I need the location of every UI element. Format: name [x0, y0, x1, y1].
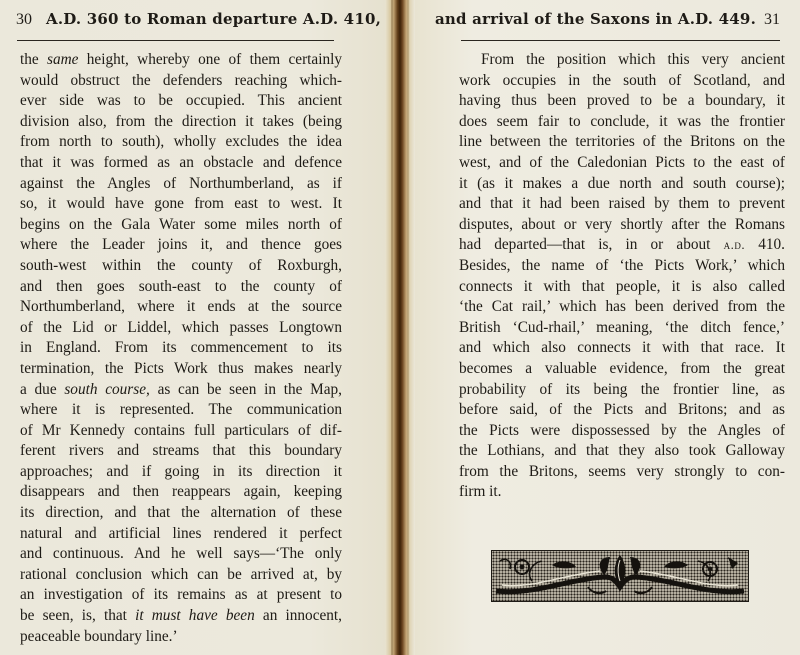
text-line: and that it had been raised by them to p… [459, 194, 785, 215]
text-line: ever side was to be occupied. This ancie… [20, 91, 342, 112]
text-segment: height, whereby one of them certainly [78, 51, 342, 68]
text-line: Northumberland, where it ends at the sou… [20, 297, 342, 318]
text-segment: from north to south), wholly excludes th… [20, 133, 342, 150]
text-line: of the Lid or Liddel, which passes Longt… [20, 318, 342, 339]
text-line: connects it with that people, it is also… [459, 277, 785, 298]
text-segment: Besides, the name of ‘the Picts Work,’ w… [459, 257, 785, 274]
text-segment: having thus been proved to be a boundary… [459, 92, 785, 109]
text-segment: an investigation of its remains as at pr… [20, 586, 342, 603]
text-line: that it was formed as an obstacle and de… [20, 153, 342, 174]
text-line: it (as it makes a due north and south co… [459, 174, 785, 195]
text-segment: would obstruct the defenders reaching wh… [20, 72, 342, 89]
text-segment: Northumberland, where it ends at the sou… [20, 298, 342, 315]
text-line: ferent rivers and streams that this boun… [20, 441, 342, 462]
text-segment: and continuous. And he well says—‘The on… [20, 545, 342, 562]
text-line: Besides, the name of ‘the Picts Work,’ w… [459, 256, 785, 277]
text-line: a due south course, as can be seen in th… [20, 380, 342, 401]
text-line: had departed—that is, in or about a.d. 4… [459, 235, 785, 256]
text-segment: ever side was to be occupied. This ancie… [20, 92, 342, 109]
text-segment: connects it with that people, it is also… [459, 278, 785, 295]
page-number: 31 [764, 11, 780, 29]
text-segment: so, it would have gone from east to west… [20, 195, 342, 212]
text-line: rational conclusion which can be arrived… [20, 565, 342, 586]
text-segment: disappears and then reappears again, kee… [20, 483, 342, 500]
text-segment: an innocent, [255, 607, 342, 624]
text-segment: it (as it makes a due north and south co… [459, 175, 785, 192]
text-line: termination, the Picts Work thus makes n… [20, 359, 342, 380]
text-line: work occupies in the south of Scotland, … [459, 71, 785, 92]
text-line: from the Britons, seems very strongly to… [459, 462, 785, 483]
text-segment: ferent rivers and streams that this boun… [20, 442, 342, 459]
left-page: 30 A.D. 360 to Roman departure A.D. 410,… [0, 0, 385, 655]
text-line: the same height, whereby one of them cer… [20, 50, 342, 71]
italic-text: south course, [64, 381, 150, 398]
running-head-title: and arrival of the Saxons in A.D. 449. [435, 10, 756, 28]
text-segment: the [20, 51, 47, 68]
running-head-title: A.D. 360 to Roman departure A.D. 410, [46, 10, 381, 28]
text-segment: termination, the Picts Work thus makes n… [20, 360, 342, 377]
text-segment: in England. From its commencement to its [20, 339, 342, 356]
text-line: so, it would have gone from east to west… [20, 194, 342, 215]
italic-text: same [47, 51, 78, 68]
text-line: disappears and then reappears again, kee… [20, 482, 342, 503]
text-segment: rational conclusion which can be arrived… [20, 566, 342, 583]
text-segment: and then goes south-east to the county o… [20, 278, 342, 295]
text-segment: work occupies in the south of Scotland, … [459, 72, 785, 89]
text-segment: west, and of the Caledonian Picts to the… [459, 154, 785, 171]
text-segment: begins on the Gala Water some miles nort… [20, 216, 342, 233]
text-segment: probability of its being the frontier li… [459, 381, 785, 398]
book-spread: 30 A.D. 360 to Roman departure A.D. 410,… [0, 0, 800, 655]
text-line: in England. From its commencement to its [20, 338, 342, 359]
text-segment: its direction, and that the alternation … [20, 504, 342, 521]
text-line: would obstruct the defenders reaching wh… [20, 71, 342, 92]
header-rule [17, 40, 334, 41]
text-segment: line between the territories of the Brit… [459, 133, 785, 150]
small-caps-text: a.d. [724, 237, 746, 252]
text-line: begins on the Gala Water some miles nort… [20, 215, 342, 236]
text-line: approaches; and if going in its directio… [20, 462, 342, 483]
text-line: south-west within the county of Roxburgh… [20, 256, 342, 277]
text-line: the Picts were dispossessed by the Angle… [459, 421, 785, 442]
text-line: where the Leader joins it, and thence go… [20, 235, 342, 256]
text-line: firm it. [459, 482, 785, 503]
text-segment: had departed—that is, in or about [459, 236, 724, 253]
text-segment: British ‘Cud-rhail,’ meaning, ‘the ditch… [459, 319, 785, 336]
running-head-left: 30 A.D. 360 to Roman departure A.D. 410, [16, 10, 334, 36]
text-line: west, and of the Caledonian Picts to the… [459, 153, 785, 174]
text-line: where it is represented. The communicati… [20, 400, 342, 421]
text-line: and then goes south-east to the county o… [20, 277, 342, 298]
text-line: becomes a valuable evidence, from the gr… [459, 359, 785, 380]
text-segment: of the Lid or Liddel, which passes Longt… [20, 319, 342, 336]
text-segment: becomes a valuable evidence, from the gr… [459, 360, 785, 377]
text-line: before said, of the Picts and Britons; a… [459, 400, 785, 421]
text-line: and which also connects it with that rac… [459, 338, 785, 359]
header-rule [461, 40, 780, 41]
right-page-body-text: From the position which this very ancien… [459, 50, 785, 503]
text-line: division also, from the direction it tak… [20, 112, 342, 133]
text-line: the Lothians, and that they also took Ga… [459, 441, 785, 462]
text-segment: disputes, about or very shortly after th… [459, 216, 785, 233]
text-segment: natural and artificial lines rendered it… [20, 525, 342, 542]
text-line: be seen, is, that it must have been an i… [20, 606, 342, 627]
text-line: natural and artificial lines rendered it… [20, 524, 342, 545]
text-line: of Mr Kennedy contains full particulars … [20, 421, 342, 442]
text-segment: firm it. [459, 483, 502, 500]
text-segment: before said, of the Picts and Britons; a… [459, 401, 785, 418]
text-segment: peaceable boundary line.’ [20, 628, 178, 645]
page-number: 30 [16, 11, 32, 29]
text-segment: and that it had been raised by them to p… [459, 195, 785, 212]
text-segment: where the Leader joins it, and thence go… [20, 236, 342, 253]
text-segment: as can be seen in the Map, [150, 381, 342, 398]
text-segment: be seen, is, that [20, 607, 135, 624]
text-line: and continuous. And he well says—‘The on… [20, 544, 342, 565]
text-segment: from the Britons, seems very strongly to… [459, 463, 785, 480]
text-segment: and which also connects it with that rac… [459, 339, 785, 356]
floral-ornament-icon [491, 550, 749, 602]
text-line: from north to south), wholly excludes th… [20, 132, 342, 153]
book-spine-gutter [385, 0, 415, 655]
text-line: disputes, about or very shortly after th… [459, 215, 785, 236]
text-line: an investigation of its remains as at pr… [20, 585, 342, 606]
text-segment: a due [20, 381, 64, 398]
text-segment: division also, from the direction it tak… [20, 113, 342, 130]
text-segment: 410. [745, 236, 785, 253]
text-segment: the Picts were dispossessed by the Angle… [459, 422, 785, 439]
text-line: does seem fair to conclude, it was the f… [459, 112, 785, 133]
text-segment: From the position which this very ancien… [481, 51, 785, 68]
text-segment: where it is represented. The communicati… [20, 401, 342, 418]
running-head-right: and arrival of the Saxons in A.D. 449. 3… [465, 10, 780, 36]
text-line: against the Angles of Northumberland, as… [20, 174, 342, 195]
text-segment: does seem fair to conclude, it was the f… [459, 113, 785, 130]
text-segment: against the Angles of Northumberland, as… [20, 175, 342, 192]
text-segment: south-west within the county of Roxburgh… [20, 257, 342, 274]
text-segment: ‘the Cat rail,’ which has been derived f… [459, 298, 785, 315]
text-segment: approaches; and if going in its directio… [20, 463, 342, 480]
left-page-body-text: the same height, whereby one of them cer… [20, 50, 342, 647]
text-line: British ‘Cud-rhail,’ meaning, ‘the ditch… [459, 318, 785, 339]
text-line: its direction, and that the alternation … [20, 503, 342, 524]
text-line: probability of its being the frontier li… [459, 380, 785, 401]
text-segment: the Lothians, and that they also took Ga… [459, 442, 785, 459]
text-segment: that it was formed as an obstacle and de… [20, 154, 342, 171]
italic-text: it must have been [135, 607, 255, 624]
text-line: ‘the Cat rail,’ which has been derived f… [459, 297, 785, 318]
text-line: peaceable boundary line.’ [20, 627, 342, 648]
right-page: and arrival of the Saxons in A.D. 449. 3… [415, 0, 800, 655]
text-line: having thus been proved to be a boundary… [459, 91, 785, 112]
text-line: From the position which this very ancien… [459, 50, 785, 71]
text-segment: of Mr Kennedy contains full particulars … [20, 422, 342, 439]
text-line: line between the territories of the Brit… [459, 132, 785, 153]
